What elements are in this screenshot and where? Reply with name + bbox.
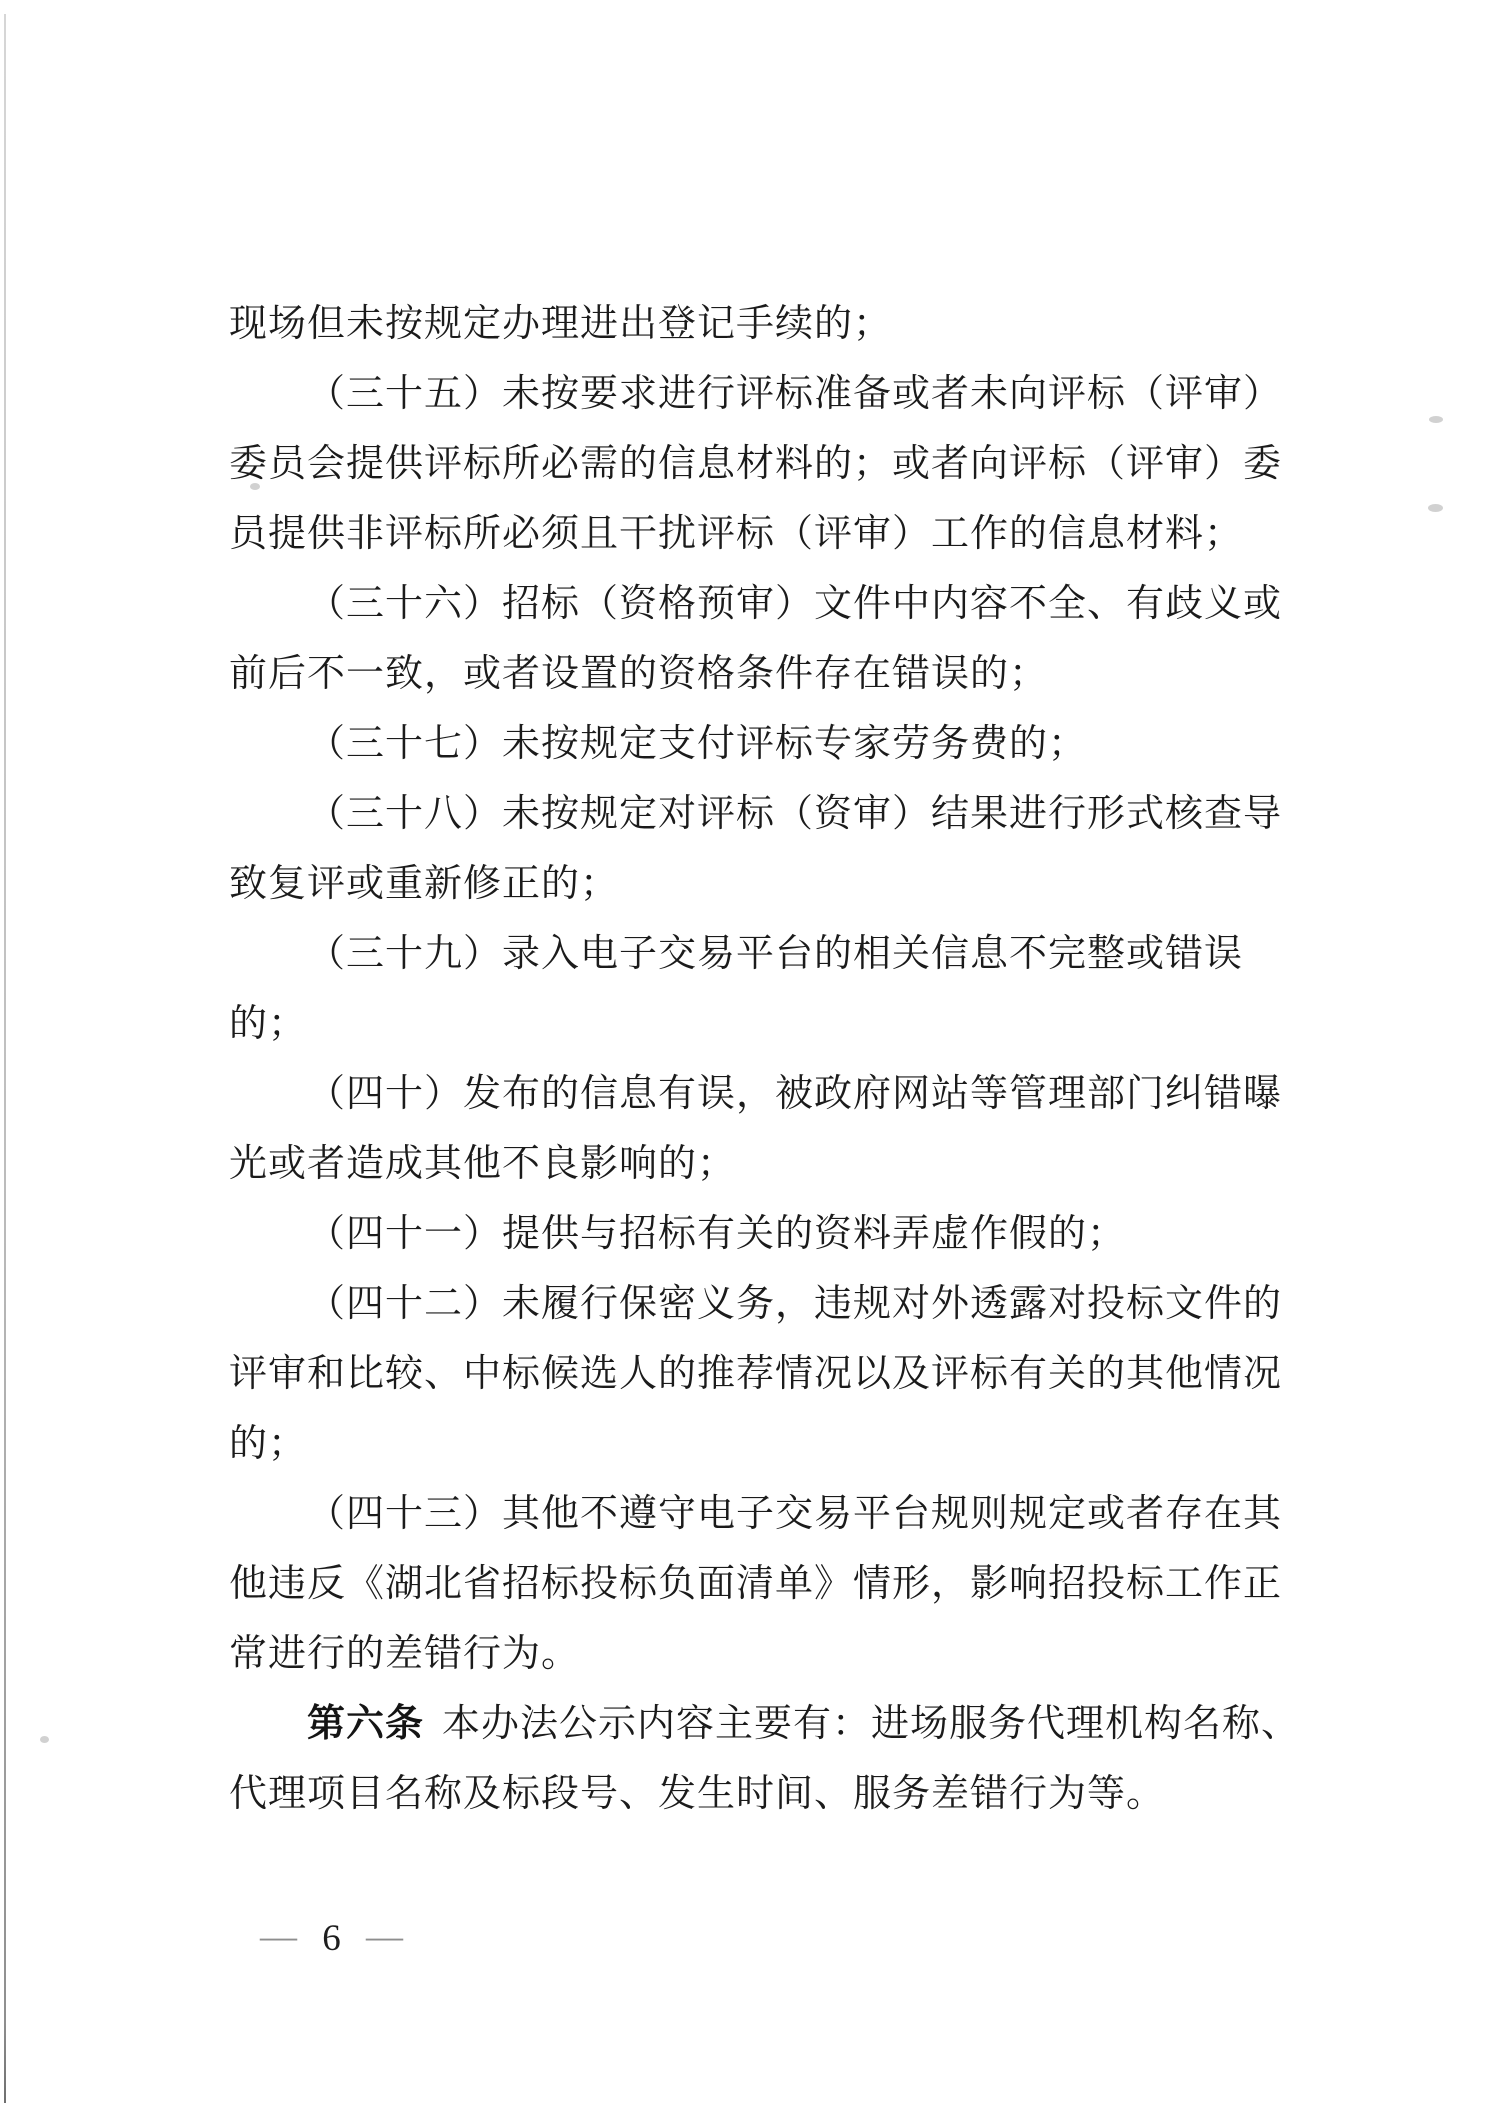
document-line: （三十六）招标（资格预审）文件中内容不全、有歧义或 (229, 569, 1299, 639)
article-number-label: 第六条 (307, 1703, 424, 1745)
line-text: 现场但未按规定办理进出登记手续的； (229, 303, 892, 345)
line-text: （四十二）未履行保密义务，违规对外透露对投标文件的 (307, 1283, 1282, 1325)
page-number-right-dash: — (366, 1916, 403, 1957)
document-line: （三十五）未按要求进行评标准备或者未向评标（评审） (229, 359, 1299, 429)
document-line: （四十二）未履行保密义务，违规对外透露对投标文件的 (229, 1269, 1299, 1339)
document-line: （四十）发布的信息有误，被政府网站等管理部门纠错曝 (229, 1059, 1299, 1129)
document-line: 的； (229, 1409, 1299, 1479)
line-text: （四十一）提供与招标有关的资料弄虚作假的； (307, 1213, 1126, 1255)
page-number: — 6 — (260, 1904, 403, 1974)
line-text: （三十六）招标（资格预审）文件中内容不全、有歧义或 (307, 583, 1282, 625)
document-line: （四十一）提供与招标有关的资料弄虚作假的； (229, 1199, 1299, 1269)
line-text: （三十八）未按规定对评标（资审）结果进行形式核查导 (307, 793, 1282, 835)
scan-artifact-speck (1429, 416, 1443, 423)
line-text: 他违反《湖北省招标投标负面清单》情形，影响招投标工作正 (229, 1563, 1282, 1605)
line-text: 评审和比较、中标候选人的推荐情况以及评标有关的其他情况 (229, 1353, 1282, 1395)
document-line: 光或者造成其他不良影响的； (229, 1129, 1299, 1199)
scan-artifact-speck (1428, 504, 1443, 512)
document-line: 委员会提供评标所必需的信息材料的；或者向评标（评审）委 (229, 429, 1299, 499)
document-line: （四十三）其他不遵守电子交易平台规则规定或者存在其 (229, 1479, 1299, 1549)
document-line: 前后不一致，或者设置的资格条件存在错误的； (229, 639, 1299, 709)
scan-artifact-speck (250, 483, 260, 490)
line-text: 光或者造成其他不良影响的； (229, 1143, 736, 1185)
line-text: （三十七）未按规定支付评标专家劳务费的； (307, 723, 1087, 765)
document-line: 常进行的差错行为。 (229, 1619, 1299, 1689)
line-text: 的； (229, 1003, 307, 1045)
document-line: 评审和比较、中标候选人的推荐情况以及评标有关的其他情况 (229, 1339, 1299, 1409)
scan-artifact-speck (40, 1736, 49, 1743)
line-text: 本办法公示内容主要有：进场服务代理机构名称、 (442, 1703, 1300, 1745)
page-number-left-dash: — (260, 1916, 297, 1957)
line-text: 委员会提供评标所必需的信息材料的；或者向评标（评审）委 (229, 443, 1282, 485)
text-block: 现场但未按规定办理进出登记手续的；（三十五）未按要求进行评标准备或者未向评标（评… (229, 289, 1299, 1829)
page-number-value: 6 (322, 1918, 341, 1959)
page: 现场但未按规定办理进出登记手续的；（三十五）未按要求进行评标准备或者未向评标（评… (0, 0, 1488, 2103)
scanned-page: { "colors": { "background": "#ffffff", "… (0, 0, 1488, 2103)
document-line: 他违反《湖北省招标投标负面清单》情形，影响招投标工作正 (229, 1549, 1299, 1619)
line-text: 的； (229, 1423, 307, 1465)
line-text: 致复评或重新修正的； (229, 863, 619, 905)
line-text: （四十）发布的信息有误，被政府网站等管理部门纠错曝 (307, 1073, 1282, 1115)
scan-edge-line (4, 14, 6, 2103)
line-text: （三十九）录入电子交易平台的相关信息不完整或错误 (307, 933, 1243, 975)
document-line: 第六条本办法公示内容主要有：进场服务代理机构名称、 (229, 1689, 1299, 1759)
line-text: 常进行的差错行为。 (229, 1633, 580, 1675)
line-text: （四十三）其他不遵守电子交易平台规则规定或者存在其 (307, 1493, 1282, 1535)
line-text: 员提供非评标所必须且干扰评标（评审）工作的信息材料； (229, 513, 1243, 555)
document-line: 致复评或重新修正的； (229, 849, 1299, 919)
document-line: 的； (229, 989, 1299, 1059)
document-line: 代理项目名称及标段号、发生时间、服务差错行为等。 (229, 1759, 1299, 1829)
document-line: （三十八）未按规定对评标（资审）结果进行形式核查导 (229, 779, 1299, 849)
document-line: 员提供非评标所必须且干扰评标（评审）工作的信息材料； (229, 499, 1299, 569)
line-text: 代理项目名称及标段号、发生时间、服务差错行为等。 (229, 1773, 1165, 1815)
document-line: （三十七）未按规定支付评标专家劳务费的； (229, 709, 1299, 779)
document-line: 现场但未按规定办理进出登记手续的； (229, 289, 1299, 359)
document-line: （三十九）录入电子交易平台的相关信息不完整或错误 (229, 919, 1299, 989)
line-text: 前后不一致，或者设置的资格条件存在错误的； (229, 653, 1048, 695)
line-text: （三十五）未按要求进行评标准备或者未向评标（评审） (307, 373, 1282, 415)
